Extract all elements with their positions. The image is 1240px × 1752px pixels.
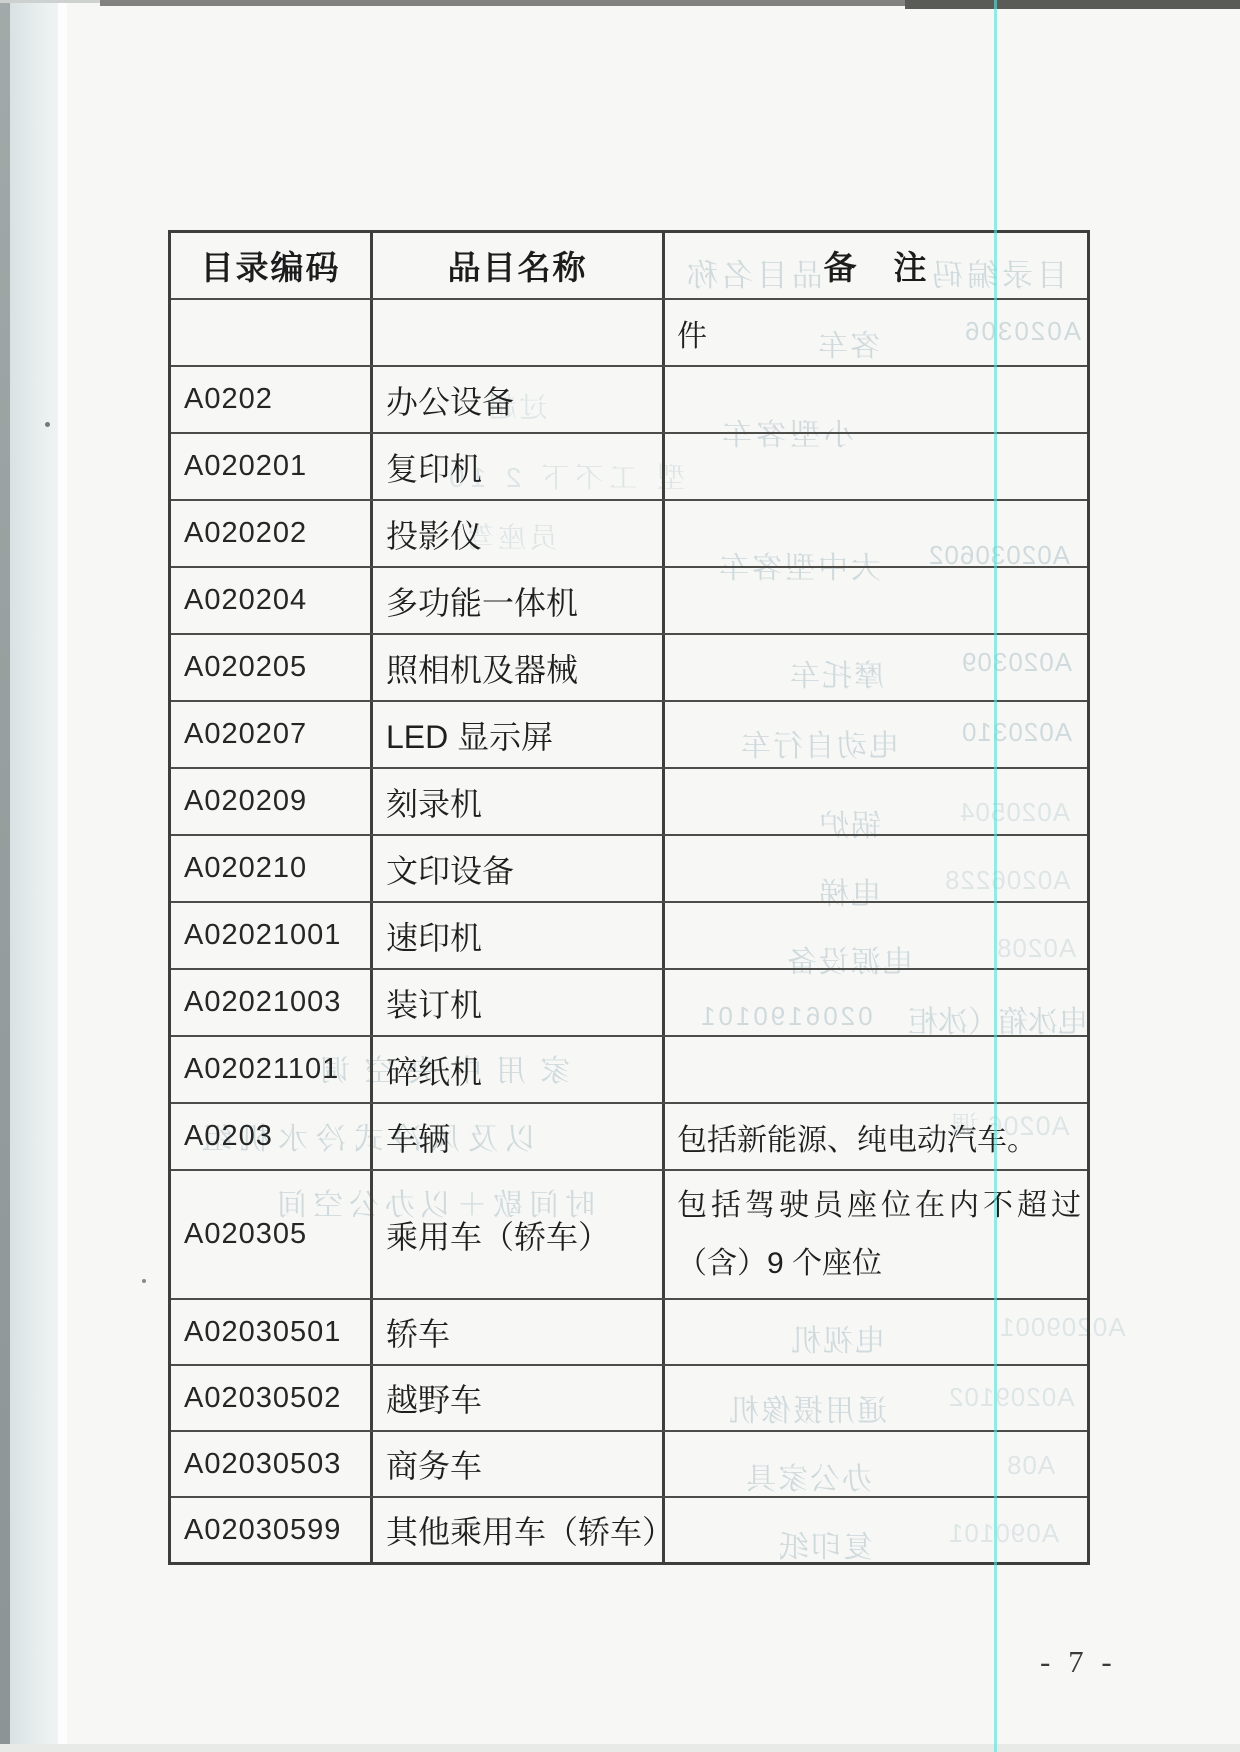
- code-cell: [171, 300, 373, 365]
- table-row: A020205 照相机及器械: [171, 635, 1087, 702]
- header-remark-cell: 备 注: [665, 233, 1087, 298]
- ink-speck: [45, 422, 50, 427]
- remark-cell: 包括新能源、纯电动汽车。: [665, 1104, 1087, 1169]
- table-row: A02030501 轿车: [171, 1300, 1087, 1366]
- remark-cell: [665, 1366, 1087, 1430]
- code-cell: A02030501: [171, 1300, 373, 1364]
- catalog-table: 目录编码 品目名称 备 注 件 A0202 办公设备 A020201 复印机 A…: [168, 230, 1090, 1565]
- table-row: A020305 乘用车（轿车） 包括驾驶员座位在内不超过 （含）9 个座位: [171, 1171, 1087, 1300]
- remark-cell: [665, 367, 1087, 432]
- remark-cell: [665, 635, 1087, 700]
- remark-cell: [665, 769, 1087, 834]
- name-cell: 投影仪: [373, 501, 665, 566]
- name-cell: [373, 300, 665, 365]
- name-cell: 速印机: [373, 903, 665, 968]
- name-cell: 复印机: [373, 434, 665, 499]
- table-row: A020210 文印设备: [171, 836, 1087, 903]
- remark-cell: [665, 501, 1087, 566]
- table-row: 件: [171, 300, 1087, 367]
- remark-cell: [665, 1037, 1087, 1102]
- ink-speck: [142, 1279, 146, 1283]
- remark-cell: [665, 970, 1087, 1035]
- name-cell: 多功能一体机: [373, 568, 665, 633]
- code-cell: A020205: [171, 635, 373, 700]
- name-cell: 装订机: [373, 970, 665, 1035]
- table-row: A02030599 其他乘用车（轿车）: [171, 1498, 1087, 1562]
- remark-cell: [665, 1300, 1087, 1364]
- scanner-edge-top-corner: [0, 0, 100, 3]
- name-cell: 办公设备: [373, 367, 665, 432]
- code-cell: A02030502: [171, 1366, 373, 1430]
- remark-cell: [665, 903, 1087, 968]
- code-cell: A020204: [171, 568, 373, 633]
- name-cell: 其他乘用车（轿车）: [373, 1498, 665, 1562]
- name-cell: LED 显示屏: [373, 702, 665, 767]
- code-cell: A0203: [171, 1104, 373, 1169]
- code-cell: A0202: [171, 367, 373, 432]
- code-cell: A020202: [171, 501, 373, 566]
- remark-cell: [665, 1432, 1087, 1496]
- table-row: A020207 LED 显示屏: [171, 702, 1087, 769]
- scanner-edge-top-right: [905, 0, 1240, 9]
- remark-line-2: （含）9 个座位: [677, 1247, 882, 1281]
- remark-cell: [665, 836, 1087, 901]
- table-row: A02021003 装订机: [171, 970, 1087, 1037]
- name-cell: 越野车: [373, 1366, 665, 1430]
- code-cell: A020209: [171, 769, 373, 834]
- remark-line-1: 包括驾驶员座位在内不超过: [677, 1189, 1085, 1223]
- name-cell: 商务车: [373, 1432, 665, 1496]
- remark-cell: [665, 1498, 1087, 1562]
- header-name-cell: 品目名称: [373, 233, 665, 298]
- table-row: A020202 投影仪: [171, 501, 1087, 568]
- header-code-cell: 目录编码: [171, 233, 373, 298]
- name-cell: 刻录机: [373, 769, 665, 834]
- name-cell: 轿车: [373, 1300, 665, 1364]
- name-cell: 文印设备: [373, 836, 665, 901]
- scanner-edge-bottom: [0, 1744, 1240, 1752]
- code-cell: A020210: [171, 836, 373, 901]
- code-cell: A02021003: [171, 970, 373, 1035]
- code-cell: A020305: [171, 1171, 373, 1298]
- table-row: A0202 办公设备: [171, 367, 1087, 434]
- code-cell: A020201: [171, 434, 373, 499]
- code-cell: A02030599: [171, 1498, 373, 1562]
- page-edge-highlight: [58, 0, 67, 1752]
- scanner-edge-top-left: [100, 0, 910, 6]
- code-cell: A02030503: [171, 1432, 373, 1496]
- cyan-binding-line: [994, 0, 997, 1752]
- table-row: A020204 多功能一体机: [171, 568, 1087, 635]
- remark-cell: 包括驾驶员座位在内不超过 （含）9 个座位: [665, 1171, 1087, 1298]
- remark-cell: [665, 702, 1087, 767]
- table-row: A020209 刻录机: [171, 769, 1087, 836]
- code-cell: A020207: [171, 702, 373, 767]
- table-row: A02021101 碎纸机: [171, 1037, 1087, 1104]
- name-cell: 碎纸机: [373, 1037, 665, 1102]
- code-cell: A02021001: [171, 903, 373, 968]
- table-row: A02021001 速印机: [171, 903, 1087, 970]
- page-number: - 7 -: [1040, 1644, 1117, 1680]
- remark-cell: [665, 434, 1087, 499]
- remark-cell: 件: [665, 300, 1087, 365]
- table-row: A02030503 商务车: [171, 1432, 1087, 1498]
- scanner-edge-left-outer: [0, 0, 10, 1752]
- name-cell: 乘用车（轿车）: [373, 1171, 665, 1298]
- code-cell: A02021101: [171, 1037, 373, 1102]
- remark-cell: [665, 568, 1087, 633]
- scanned-document-page: { "page": { "number_label": "- 7 -" }, "…: [0, 0, 1240, 1752]
- table-row: A0203 车辆 包括新能源、纯电动汽车。: [171, 1104, 1087, 1171]
- table-row: A020201 复印机: [171, 434, 1087, 501]
- scanner-edge-left: [10, 0, 58, 1752]
- table-header-row: 目录编码 品目名称 备 注: [171, 233, 1087, 300]
- table-row: A02030502 越野车: [171, 1366, 1087, 1432]
- name-cell: 车辆: [373, 1104, 665, 1169]
- name-cell: 照相机及器械: [373, 635, 665, 700]
